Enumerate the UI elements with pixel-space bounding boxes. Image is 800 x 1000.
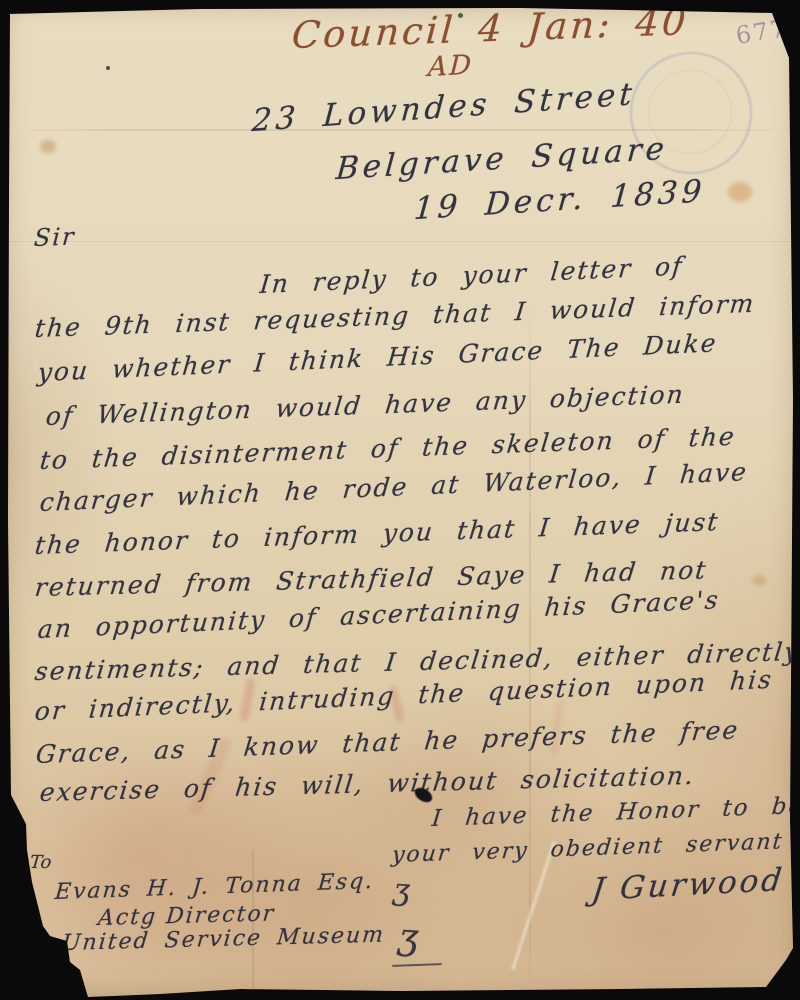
body-line: Grace, as I know that he prefers the fre…: [34, 715, 740, 769]
scan-background: Council 4 Jan: 40 AD 677 23 Lowndes Stre…: [0, 0, 800, 1000]
foxing-spot: [752, 575, 766, 586]
body-line: the honor to inform you that I have just: [33, 507, 720, 560]
fold-line-horizontal: [8, 129, 792, 131]
ink-speck: [106, 66, 110, 70]
addressee-prefix: To: [29, 852, 53, 873]
closing-line: your very obedient servant: [391, 829, 785, 868]
docket-initials: AD: [427, 50, 474, 83]
foxing-spot: [728, 182, 752, 202]
address-line-1: 23 Lowndes Street: [251, 76, 637, 139]
salutation: Sir: [33, 223, 77, 253]
letter-page: Council 4 Jan: 40 AD 677 23 Lowndes Stre…: [0, 0, 800, 1000]
foxing-spot: [40, 140, 56, 153]
brace-mark: ʒ: [397, 916, 420, 958]
closing-line: I have the Honor to be: [431, 793, 800, 832]
fold-line-horizontal-2: [8, 241, 792, 242]
file-number: 677: [734, 14, 790, 50]
body-line: of Wellington would have any objection: [44, 380, 686, 431]
addressee-name: Evans H. J. Tonna Esq.: [54, 869, 375, 905]
signature: J Gurwood: [590, 862, 787, 908]
brace-mark: ʒ: [392, 872, 411, 908]
underline-mark: [392, 963, 442, 967]
docket-annotation: Council 4 Jan: 40: [290, 0, 690, 57]
body-line: In reply to your letter of: [259, 251, 685, 299]
date-line: 19 Decr. 1839: [413, 173, 707, 227]
